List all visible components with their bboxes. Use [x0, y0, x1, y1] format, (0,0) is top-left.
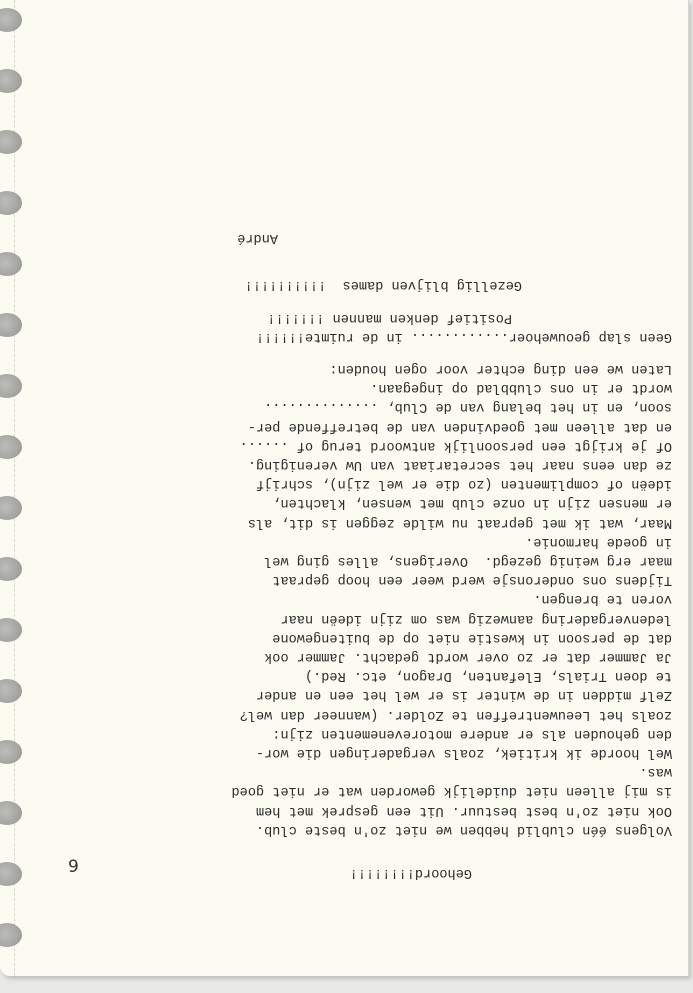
- text-line: ideën of complimenten (zo die er wel zij…: [96, 474, 672, 493]
- text-line: zoals het Leeuwentreffen te Zolder. (wan…: [96, 704, 672, 723]
- text-line: soon, en in het belang van de Club, ....…: [96, 397, 672, 416]
- binder-hole: [0, 801, 22, 825]
- text-line: Laten we een ding echter voor ogen houde…: [96, 359, 672, 378]
- slogan-line: Geen slap geouwehoer............ in de r…: [96, 327, 672, 346]
- binder-hole: [0, 862, 22, 886]
- text-line: dat de persoon in kwestie niet op de bui…: [96, 628, 672, 647]
- text-line: maar erg weinig gezegd. Overigens, alles…: [96, 551, 672, 570]
- text-line: Ook niet zo'n best bestuur. Uit een gesp…: [96, 800, 672, 819]
- binder-hole: [0, 8, 22, 32]
- typewritten-letter: Gehoord!!!!!!!! Volgens één clublid hebb…: [96, 132, 672, 882]
- letter-heading: Gehoord!!!!!!!!: [96, 863, 672, 882]
- binder-hole: [0, 557, 22, 581]
- binder-hole: [0, 69, 22, 93]
- text-line: wordt er in ons clubblad op ingegaan.: [96, 378, 672, 397]
- binder-hole: [0, 252, 22, 276]
- binder-hole: [0, 191, 22, 215]
- slogan-line: Positief denken mannen !!!!!!!: [96, 307, 672, 326]
- text-line: den gehouden als er andere motorevenemen…: [96, 724, 672, 743]
- text-line: er mensen zijn in onze club met wensen, …: [96, 493, 672, 512]
- text-line: te doen Trials, Elefanten, Dragon, etc. …: [96, 666, 672, 685]
- text-line: Tijdens ons onderonsje werd weer een hoo…: [96, 570, 672, 589]
- binder-hole: [0, 740, 22, 764]
- text-line: Zelf midden in de winter is er wel het e…: [96, 685, 672, 704]
- binder-hole: [0, 435, 22, 459]
- slogan-line: Gezellig blijven dames !!!!!!!!!!: [96, 275, 672, 294]
- binder-hole: [0, 374, 22, 398]
- page-number: 9: [68, 857, 79, 877]
- text-line: ze dan eens naar het secretariaat van Uw…: [96, 455, 672, 474]
- text-line: Of je krijgt een persoonlijk antwoord te…: [96, 436, 672, 455]
- text-line: en dat alleen met goedvinden van de betr…: [96, 416, 672, 435]
- text-line: in goede harmonie.: [96, 532, 672, 551]
- binder-hole: [0, 923, 22, 947]
- text-line: Wel hoorde ik kritiek, zoals vergadering…: [96, 743, 672, 762]
- text-line: Ja Jammer dat er zo over wordt gedacht. …: [96, 647, 672, 666]
- paragraph-2: Wel hoorde ik kritiek, zoals vergadering…: [96, 589, 672, 762]
- paragraph-4: Maar, wat ik met gepraat nu wilde zeggen…: [96, 359, 672, 532]
- text-line: was.: [96, 762, 672, 781]
- binder-hole: [0, 679, 22, 703]
- document-page: 9 Gehoord!!!!!!!! Volgens één clublid he…: [0, 0, 689, 976]
- binder-hole: [0, 618, 22, 642]
- signature: André: [96, 228, 672, 247]
- text-line: ledenvergadering aanwezig was om zijn id…: [96, 608, 672, 627]
- binder-hole: [0, 313, 22, 337]
- text-line: voren te brengen.: [96, 589, 672, 608]
- binder-hole: [0, 130, 22, 154]
- text-line: Maar, wat ik met gepraat nu wilde zeggen…: [96, 512, 672, 531]
- text-line: is mij alleen niet duidelijk geworden wa…: [96, 781, 672, 800]
- text-line: Volgens één clublid hebben we niet zo'n …: [96, 820, 672, 839]
- paragraph-3: Tijdens ons onderonsje werd weer een hoo…: [96, 532, 672, 590]
- paragraph-1: Volgens één clublid hebben we niet zo'n …: [96, 762, 672, 839]
- binder-hole: [0, 496, 22, 520]
